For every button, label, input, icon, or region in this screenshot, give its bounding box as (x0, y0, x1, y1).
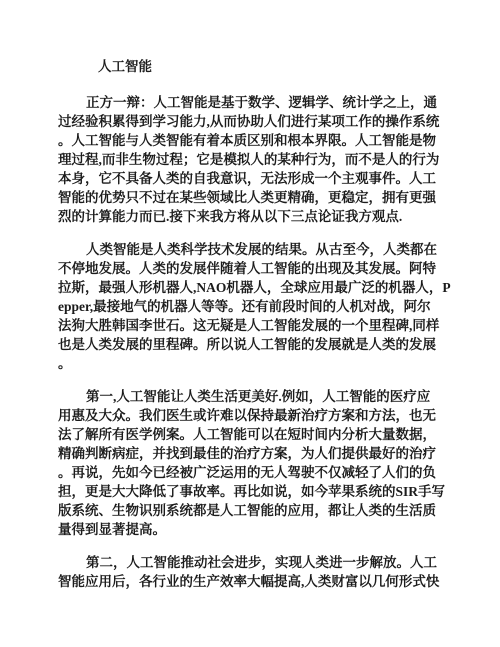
text-line: epper,最接地气的机器人等等。还有前段时间的人机对战，阿尔 (58, 297, 464, 316)
paragraph-point-one: 第一,人工智能让人类生活更美好.例如，人工智能的医疗应 用惠及大众。我们医生或许… (58, 387, 464, 539)
text-line: 。再说，先如今已经被广泛运用的无人驾驶不仅减轻了人们的负 (58, 463, 464, 482)
text-line: 第二，人工智能推动社会进步，实现人类进一步解放。人工 (58, 553, 464, 572)
text-line: 担，更是大大降低了事故率。再比如说，如今苹果系统的SIR手写 (58, 482, 464, 501)
text-line: 智能应用后，各行业的生产效率大幅提高,人类财富以几何形式快 (58, 572, 464, 591)
text-line: 不停地发展。人类的发展伴随着人工智能的出现及其发展。阿特 (58, 259, 464, 278)
paragraph-opening-statement: 正方一辩：人工智能是基于数学、逻辑学、统计学之上，通 过经验积累得到学习能力,从… (58, 93, 464, 226)
text-line: 。人工智能与人类智能有着本质区别和根本界限。人工智能是物 (58, 131, 464, 150)
text-line: 拉斯，最强人形机器人,NAO机器人，全球应用最广泛的机器人，P (58, 278, 464, 297)
text-line: 量得到显著提高。 (58, 520, 464, 539)
text-line: 法了解所有医学例案。人工智能可以在短时间内分析大量数据， (58, 425, 464, 444)
document-title: 人工智能 (58, 57, 464, 76)
text-line: 第一,人工智能让人类生活更美好.例如，人工智能的医疗应 (58, 387, 464, 406)
text-line: 本身，它不具备人类的自我意识，无法形成一个主观事件。人工 (58, 169, 464, 188)
text-line: 过经验积累得到学习能力,从而协助人们进行某项工作的操作系统 (58, 112, 464, 131)
text-line: 版系统、生物识别系统都是人工智能的应用，都让人类的生活质 (58, 501, 464, 520)
paragraph-point-two: 第二，人工智能推动社会进步，实现人类进一步解放。人工 智能应用后，各行业的生产效… (58, 553, 464, 591)
paragraph-human-development: 人类智能是人类科学技术发展的结果。从古至今，人类都在 不停地发展。人类的发展伴随… (58, 240, 464, 373)
text-line: 用惠及大众。我们医生或许难以保持最新治疗方案和方法，也无 (58, 406, 464, 425)
text-line: 理过程,而非生物过程；它是模拟人的某种行为，而不是人的行为 (58, 150, 464, 169)
text-line: 人类智能是人类科学技术发展的结果。从古至今，人类都在 (58, 240, 464, 259)
text-line: 法狗大胜韩国李世石。这无疑是人工智能发展的一个里程碑,同样 (58, 316, 464, 335)
document-page: 人工智能 正方一辩：人工智能是基于数学、逻辑学、统计学之上，通 过经验积累得到学… (0, 0, 500, 647)
text-line: 精确判断病症，并找到最佳的治疗方案，为人们提供最好的治疗 (58, 444, 464, 463)
text-line: 烈的计算能力而已.接下来我方将从以下三点论证我方观点. (58, 207, 464, 226)
text-line: 也是人类发展的里程碑。所以说人工智能的发展就是人类的发展 (58, 335, 464, 354)
text-line: 智能的优势只不过在某些领域比人类更精确，更稳定，拥有更强 (58, 188, 464, 207)
text-line: 。 (58, 354, 464, 373)
text-line: 正方一辩：人工智能是基于数学、逻辑学、统计学之上，通 (58, 93, 464, 112)
